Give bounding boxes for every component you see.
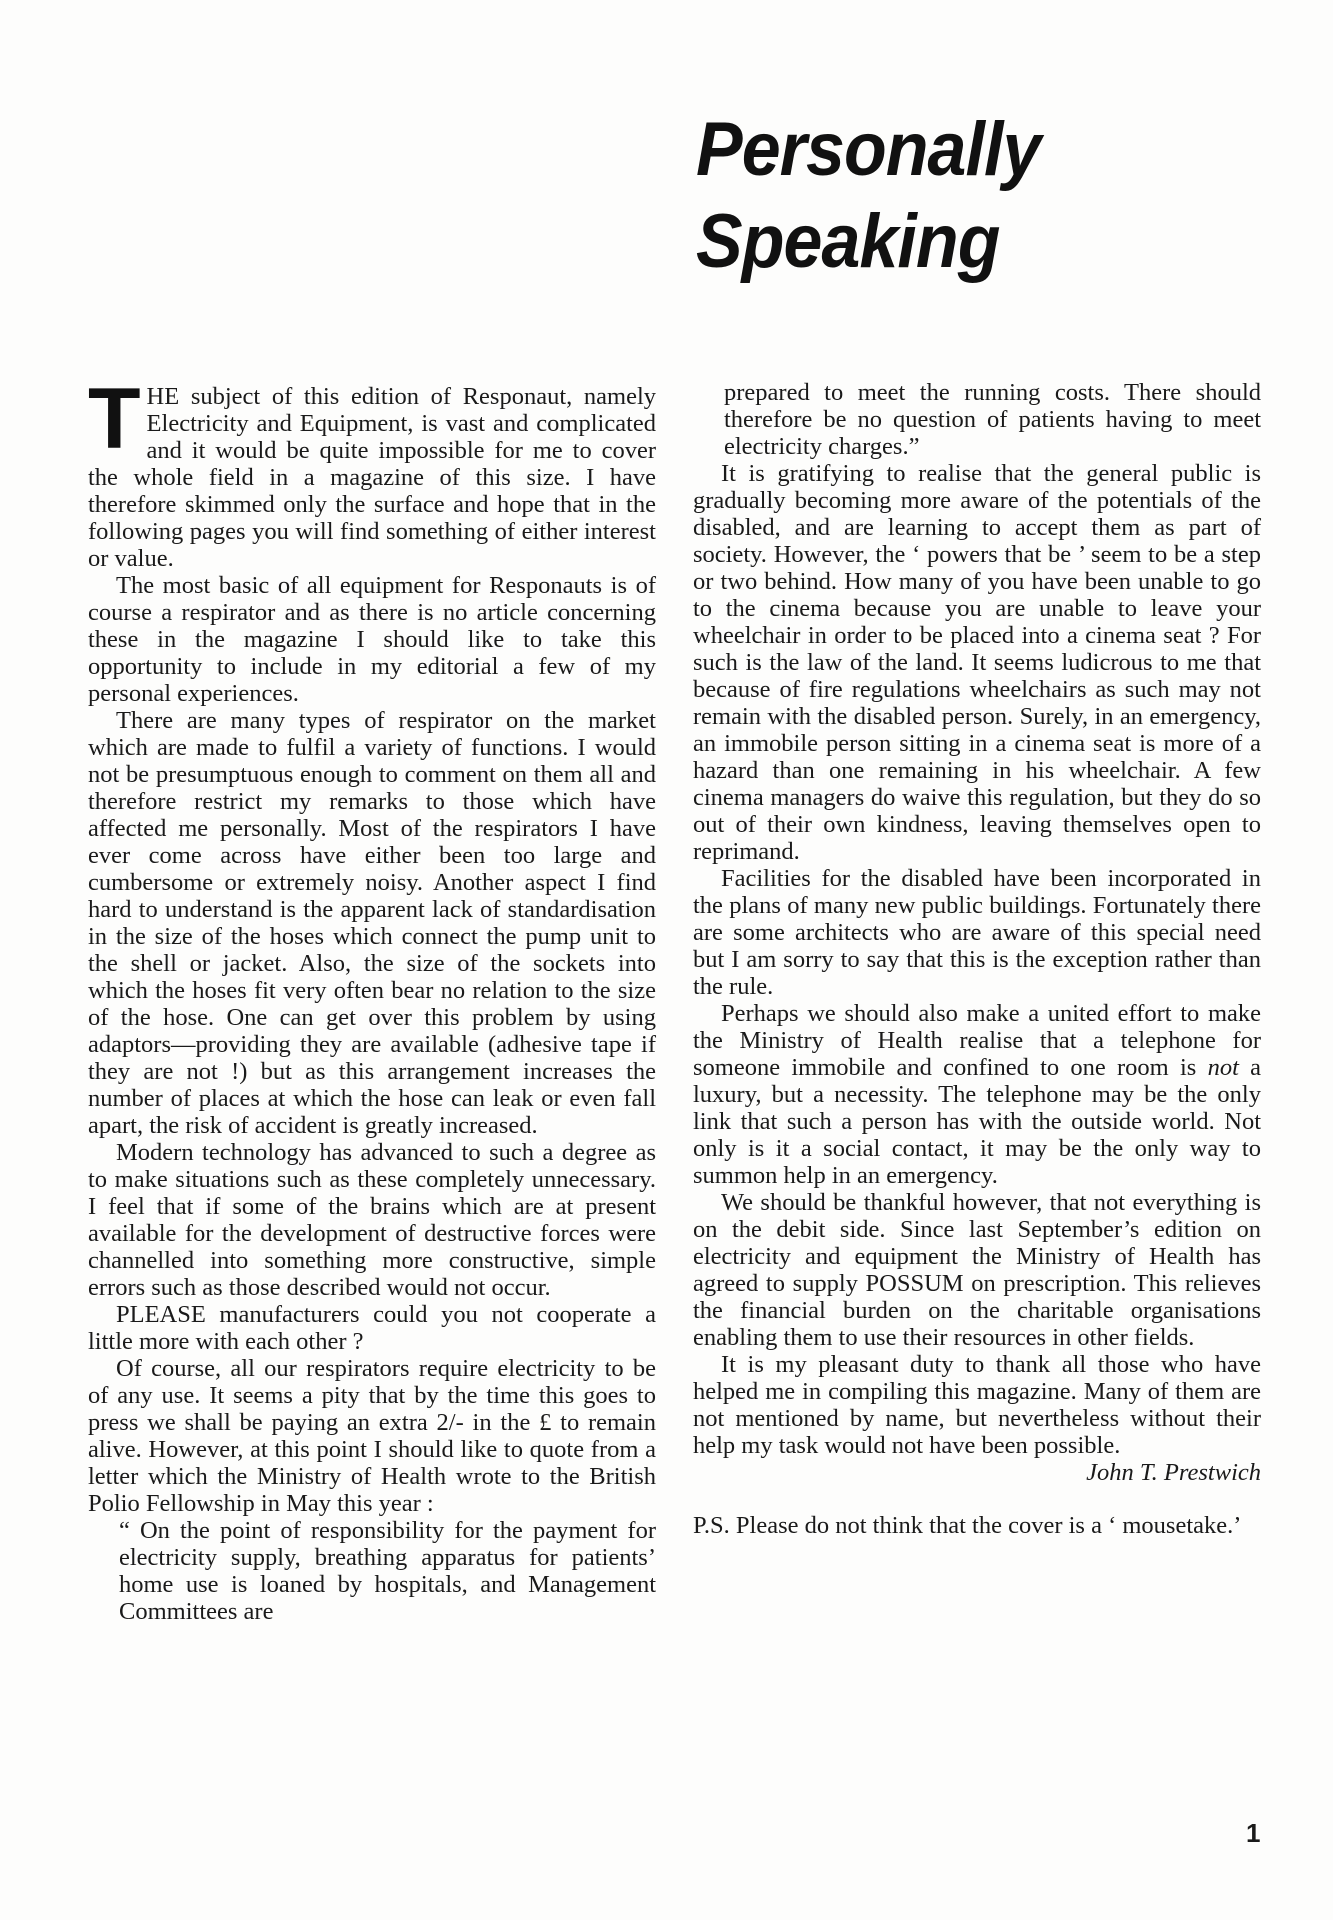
paragraph: There are many types of respirator on th… [88, 707, 656, 1139]
title-line-2: Speaking [696, 196, 1040, 288]
emphasis: not [1208, 1054, 1239, 1081]
paragraph: It is gratifying to realise that the gen… [693, 460, 1261, 865]
postscript: P.S. Please do not think that the cover … [693, 1512, 1261, 1539]
paragraph-intro: THE subject of this edition of Responaut… [88, 383, 656, 572]
page-number: 1 [1246, 1818, 1260, 1849]
article-title: Personally Speaking [696, 104, 1040, 288]
block-quote: “ On the point of responsibility for the… [119, 1517, 656, 1625]
paragraph: Perhaps we should also make a united eff… [693, 1000, 1261, 1189]
paragraph: The most basic of all equipment for Res­… [88, 572, 656, 707]
paragraph: PLEASE manufacturers could you not co­op… [88, 1301, 656, 1355]
paragraph: Of course, all our respirators require e… [88, 1355, 656, 1517]
paragraph-text: Perhaps we should also make a united eff… [693, 1000, 1261, 1081]
paragraph-text: HE subject of this edition of Responaut,… [88, 383, 656, 572]
paragraph: Facilities for the disabled have been in… [693, 865, 1261, 1000]
author-signature: John T. Prestwich [693, 1459, 1261, 1486]
block-quote-continued: prepared to meet the running costs. Ther… [724, 379, 1261, 460]
paragraph: It is my pleasant duty to thank all thos… [693, 1351, 1261, 1459]
paragraph: Modern technology has advanced to such a… [88, 1139, 656, 1301]
drop-cap: T [88, 387, 141, 457]
paragraph: We should be thankful however, that not … [693, 1189, 1261, 1351]
title-line-1: Personally [696, 104, 1040, 196]
right-column: prepared to meet the running costs. Ther… [693, 379, 1261, 1539]
left-column: THE subject of this edition of Responaut… [88, 383, 656, 1625]
